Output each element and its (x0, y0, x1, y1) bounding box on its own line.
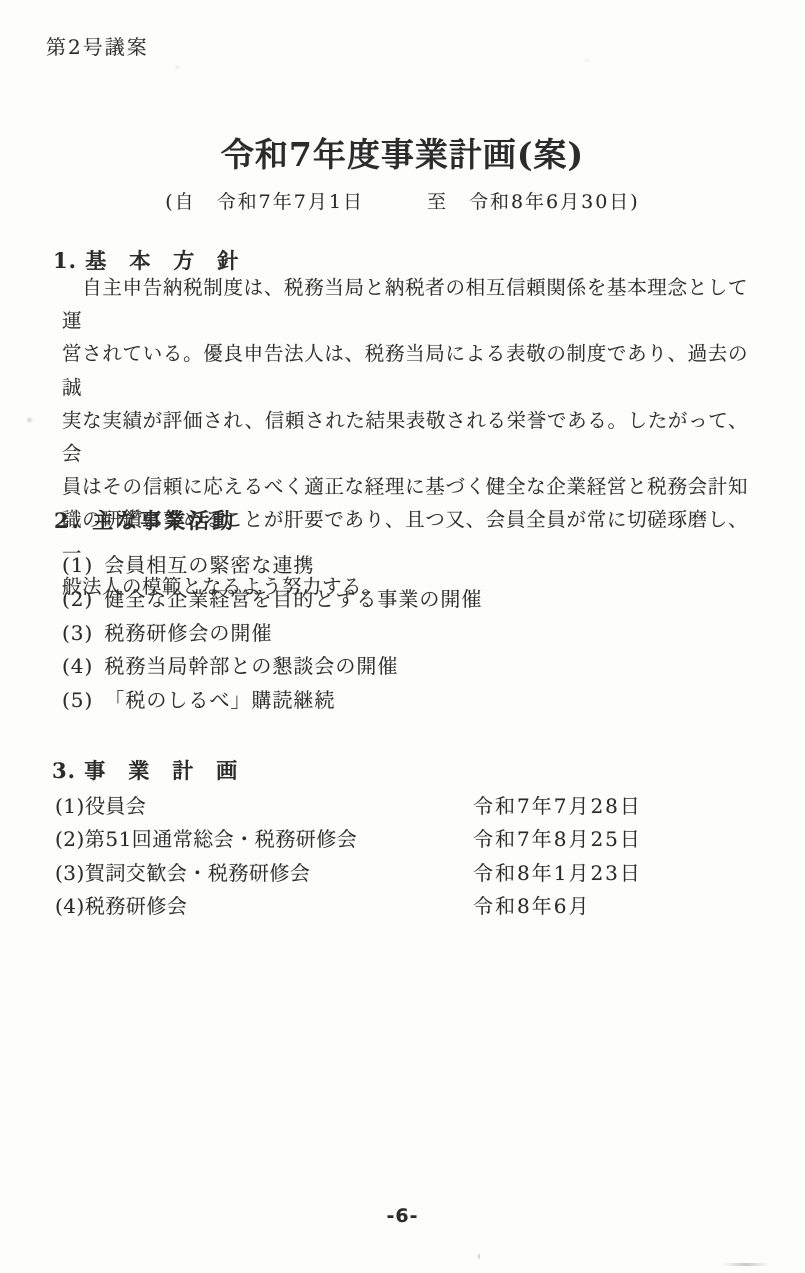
list-item-number: (4) (62, 650, 93, 684)
page-number: -6- (0, 1205, 805, 1227)
scan-speck (176, 66, 179, 69)
paragraph-line: 営されている。優良申告法人は、税務当局による表敬の制度であり、過去の誠 (62, 337, 748, 403)
event-date: 令和7年8月25日 (473, 823, 642, 856)
row-number: (3) (55, 861, 85, 885)
row-number: (4) (55, 894, 85, 918)
event-name: 第51回通常総会・税務研修会 (85, 827, 357, 851)
document-period: (自 令和7年7月1日 至 令和8年6月30日) (0, 187, 805, 214)
table-row: (4)税務研修会 令和8年6月 (55, 890, 715, 923)
list-item: (3)税務研修会の開催 (62, 617, 482, 651)
document-title: 令和7年度事業計画(案) (0, 129, 805, 176)
list-item: (5)「税のしるべ」購読継続 (62, 684, 482, 718)
paragraph-line: 員はその信頼に応えるべく適正な経理に基づく健全な企業経営と税務会計知 (62, 470, 748, 503)
list-item-text: 税務当局幹部との懇談会の開催 (104, 654, 398, 678)
event-name: 役員会 (85, 794, 147, 818)
table-row: (2)第51回通常総会・税務研修会 令和7年8月25日 (55, 823, 715, 856)
event-name: 賀詞交歓会・税務研修会 (85, 861, 311, 885)
table-row: (1)役員会 令和7年7月28日 (55, 790, 715, 823)
list-item-number: (2) (62, 583, 93, 617)
list-item-text: 会員相互の緊密な連携 (104, 553, 314, 577)
event-date: 令和7年7月28日 (473, 790, 642, 823)
list-item-number: (1) (62, 549, 93, 583)
list-item-text: 健全な企業経営を目的とする事業の開催 (104, 587, 482, 611)
main-activities-list: (1)会員相互の緊密な連携 (2)健全な企業経営を目的とする事業の開催 (3)税… (62, 549, 482, 718)
scan-smudge (722, 1263, 770, 1266)
agenda-item-label: 第2号議案 (46, 31, 149, 60)
business-schedule-table: (1)役員会 令和7年7月28日 (2)第51回通常総会・税務研修会 令和7年8… (55, 790, 715, 924)
list-item: (4)税務当局幹部との懇談会の開催 (62, 650, 482, 684)
list-item: (2)健全な企業経営を目的とする事業の開催 (62, 583, 482, 617)
event-date: 令和8年6月 (473, 890, 590, 923)
list-item-number: (3) (62, 617, 93, 651)
list-item: (1)会員相互の緊密な連携 (62, 549, 482, 583)
row-number: (1) (55, 794, 85, 818)
table-row: (3)賀詞交歓会・税務研修会 令和8年1月23日 (55, 857, 715, 890)
scan-speck (27, 418, 32, 422)
event-name: 税務研修会 (85, 894, 188, 918)
event-date: 令和8年1月23日 (473, 857, 642, 890)
scan-speck (585, 59, 589, 62)
list-item-text: 「税のしるべ」購読継続 (104, 688, 335, 712)
row-number: (2) (55, 827, 85, 851)
list-item-text: 税務研修会の開催 (104, 621, 272, 645)
scanned-document-page: 第2号議案 令和7年度事業計画(案) (自 令和7年7月1日 至 令和8年6月3… (0, 0, 805, 1273)
paragraph-line: 実な実績が評価され、信頼された結果表敬される栄誉である。したがって、会 (62, 404, 748, 470)
paragraph-line: 自主申告納税制度は、税務当局と納税者の相互信頼関係を基本理念として運 (62, 271, 748, 337)
section-heading-main-activities: 2. 主な事業活動 (54, 505, 236, 535)
list-item-number: (5) (62, 684, 93, 718)
section-heading-business-schedule: 3. 事 業 計 画 (52, 755, 238, 785)
scan-speck (478, 1254, 480, 1259)
